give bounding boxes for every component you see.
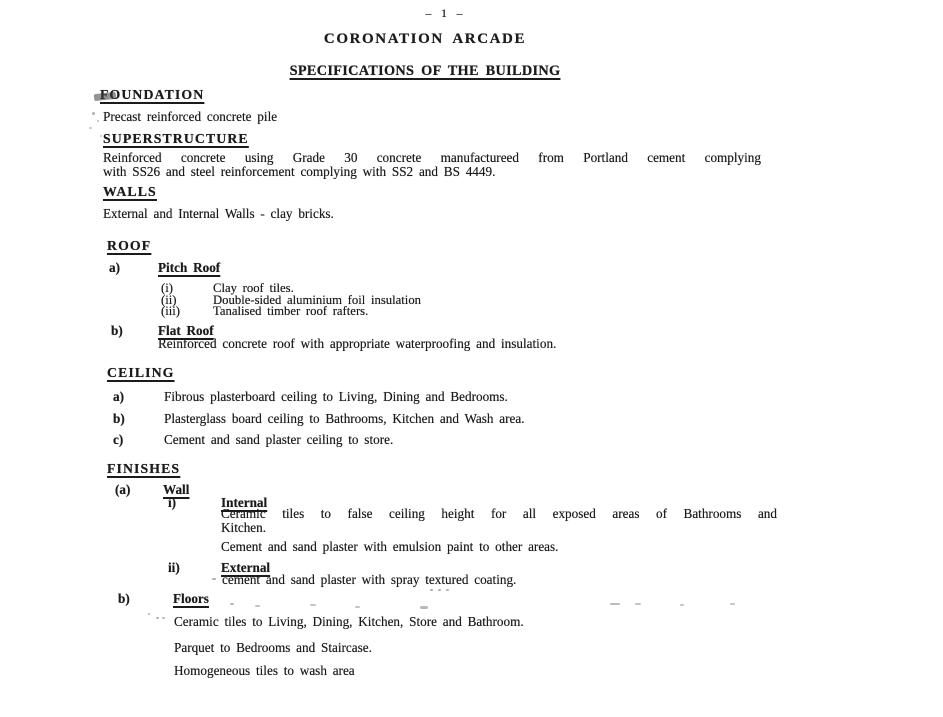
scan-dot: [438, 589, 441, 591]
superstructure-body-line-1: Reinforced concrete using Grade 30 concr…: [103, 151, 761, 165]
section-heading-ceiling: CEILING: [107, 365, 175, 381]
finishes-external-number: ii): [168, 560, 180, 576]
scan-dot: [148, 613, 150, 615]
section-heading-superstructure: SUPERSTRUCTURE: [103, 131, 249, 147]
scan-dot: [162, 617, 165, 619]
scan-speck: [89, 127, 92, 129]
scan-dot: [446, 589, 449, 591]
finishes-external-body: cement and sand plaster with spray textu…: [222, 572, 516, 588]
scan-dash: [420, 606, 428, 609]
scan-speck: [97, 120, 99, 122]
scan-dash: [230, 603, 234, 605]
finishes-floors-title: Floors: [173, 591, 209, 606]
ceiling-item-text: Plasterglass board ceiling to Bathrooms,…: [164, 411, 525, 427]
finishes-internal-paragraph: Ceramic tiles to false ceiling height fo…: [221, 507, 777, 534]
ceiling-item-letter: a): [113, 389, 124, 405]
scan-dash: [680, 604, 684, 606]
roof-flat-body: Reinforced concrete roof with appropriat…: [158, 336, 556, 352]
scan-speck: [92, 112, 95, 115]
scan-speck: [100, 135, 102, 137]
ceiling-item-letter: c): [113, 432, 123, 448]
scan-dash: [610, 603, 620, 605]
list-item-text: Tanalised timber roof rafters.: [213, 306, 368, 318]
page-number: – 1 –: [395, 6, 495, 21]
scan-dot: [430, 589, 433, 591]
scan-dash: [255, 605, 260, 607]
finishes-floors-title-row: Floors: [173, 591, 209, 607]
finishes-internal-para-line-2: Kitchen.: [221, 521, 777, 535]
scan-dash: [212, 578, 216, 580]
finishes-wall-title-row: Wall: [163, 482, 189, 498]
roof-pitch-letter: a): [109, 260, 120, 276]
document-subtitle: SPECIFICATIONS OF THE BUILDING: [290, 63, 561, 79]
list-item-number: (iii): [161, 306, 213, 318]
scan-dash: [310, 604, 316, 606]
ceiling-item-text: Cement and sand plaster ceiling to store…: [164, 432, 393, 448]
section-heading-roof: ROOF: [107, 238, 151, 254]
floors-line: Ceramic tiles to Living, Dining, Kitchen…: [174, 614, 524, 630]
roof-pitch-items: (i) Clay roof tiles. (ii) Double-sided a…: [161, 283, 421, 318]
ceiling-item-letter: b): [113, 411, 125, 427]
finishes-internal-number: i): [168, 495, 176, 511]
section-heading-finishes: FINISHES: [107, 461, 180, 477]
finishes-floors-letter: b): [118, 591, 130, 607]
finishes-wall-title: Wall: [163, 482, 189, 497]
ceiling-item-text: Fibrous plasterboard ceiling to Living, …: [164, 389, 508, 405]
walls-body: External and Internal Walls - clay brick…: [103, 206, 334, 222]
superstructure-body: Reinforced concrete using Grade 30 concr…: [103, 151, 761, 179]
roof-flat-letter: b): [111, 323, 123, 339]
document-subtitle-row: SPECIFICATIONS OF THE BUILDING: [235, 63, 615, 80]
finishes-wall-letter: (a): [115, 482, 130, 498]
finishes-internal-paragraph-2: Cement and sand plaster with emulsion pa…: [221, 539, 558, 555]
scan-dash: [730, 603, 735, 605]
floors-line: Homogeneous tiles to wash area: [174, 663, 355, 679]
document-page: – 1 – CORONATION ARCADE SPECIFICATIONS O…: [0, 0, 943, 717]
foundation-body: Precast reinforced concrete pile: [103, 109, 277, 125]
section-heading-walls: WALLS: [103, 184, 157, 200]
roof-pitch-title: Pitch Roof: [158, 260, 220, 275]
floors-line: Parquet to Bedrooms and Staircase.: [174, 640, 372, 656]
roof-pitch-title-row: Pitch Roof: [158, 260, 220, 276]
finishes-internal-para-line-1: Ceramic tiles to false ceiling height fo…: [221, 507, 777, 521]
scan-dash: [355, 606, 360, 608]
scan-dash: [635, 603, 641, 605]
list-item: (iii) Tanalised timber roof rafters.: [161, 306, 421, 318]
document-title: CORONATION ARCADE: [270, 31, 580, 48]
scan-dot: [156, 617, 159, 619]
superstructure-body-line-2: with SS26 and steel reinforcement comply…: [103, 165, 761, 179]
